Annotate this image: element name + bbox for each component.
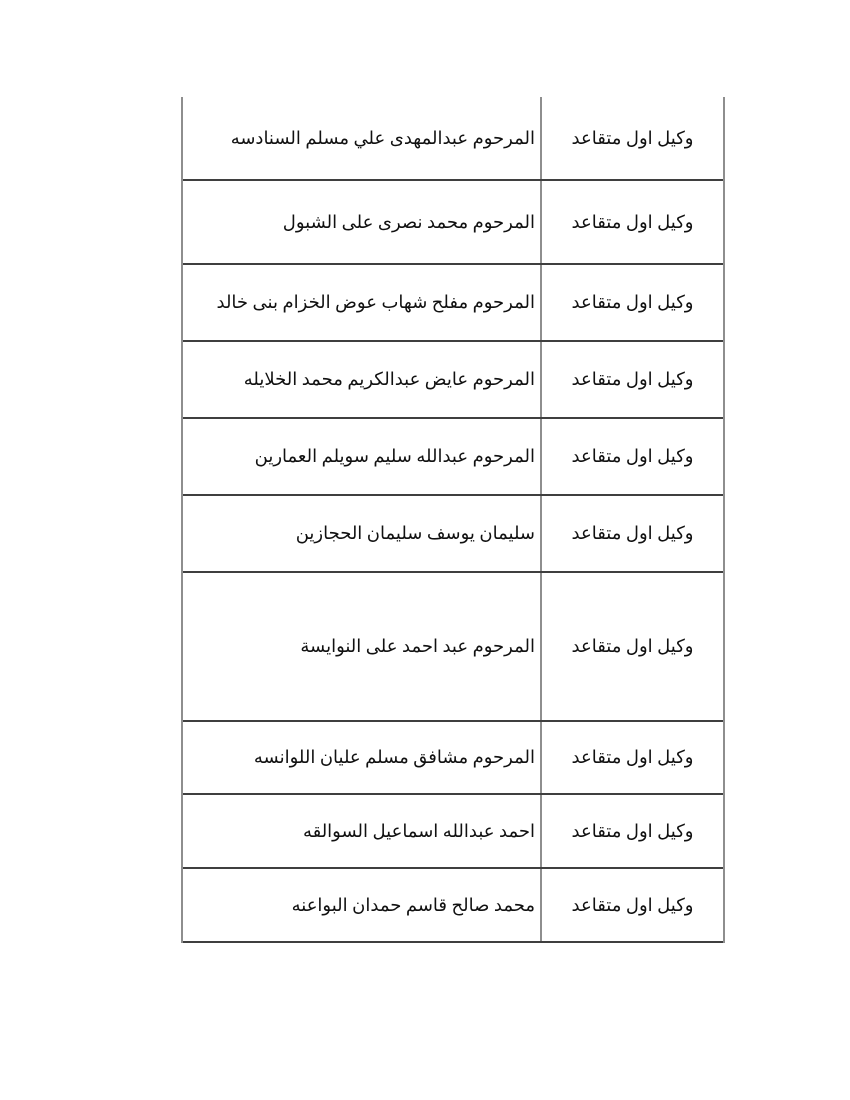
- rank-cell: وكيل اول متقاعد: [540, 181, 723, 263]
- rank-cell: وكيل اول متقاعد: [540, 722, 723, 793]
- name-cell: المرحوم محمد نصرى على الشبول: [183, 181, 540, 263]
- table-row: وكيل اول متقاعد المرحوم عايض عبدالكريم م…: [183, 342, 723, 419]
- rank-cell: وكيل اول متقاعد: [540, 342, 723, 417]
- table-row: وكيل اول متقاعد محمد صالح قاسم حمدان الب…: [183, 869, 723, 943]
- document-page: وكيل اول متقاعد المرحوم عبدالمهدى علي مس…: [0, 0, 850, 1100]
- name-cell: المرحوم عبدالله سليم سويلم العمارين: [183, 419, 540, 494]
- personnel-table: وكيل اول متقاعد المرحوم عبدالمهدى علي مس…: [181, 97, 725, 943]
- name-cell: احمد عبدالله اسماعيل السوالقه: [183, 795, 540, 867]
- rank-cell: وكيل اول متقاعد: [540, 795, 723, 867]
- table-row: وكيل اول متقاعد المرحوم عبد احمد على الن…: [183, 573, 723, 722]
- table-row: وكيل اول متقاعد احمد عبدالله اسماعيل الس…: [183, 795, 723, 869]
- rank-cell: وكيل اول متقاعد: [540, 265, 723, 340]
- name-cell: المرحوم عبد احمد على النوايسة: [183, 573, 540, 720]
- rank-cell: وكيل اول متقاعد: [540, 419, 723, 494]
- rank-cell: وكيل اول متقاعد: [540, 97, 723, 179]
- name-cell: المرحوم مفلح شهاب عوض الخزام بنى خالد: [183, 265, 540, 340]
- name-cell: المرحوم عبدالمهدى علي مسلم السنادسه: [183, 97, 540, 179]
- rank-cell: وكيل اول متقاعد: [540, 869, 723, 941]
- table-row: وكيل اول متقاعد المرحوم عبدالمهدى علي مس…: [183, 97, 723, 181]
- table-row: وكيل اول متقاعد المرحوم مفلح شهاب عوض ال…: [183, 265, 723, 342]
- name-cell: المرحوم عايض عبدالكريم محمد الخلايله: [183, 342, 540, 417]
- name-cell: المرحوم مشافق مسلم عليان اللوانسه: [183, 722, 540, 793]
- name-cell: سليمان يوسف سليمان الحجازين: [183, 496, 540, 571]
- table-row: وكيل اول متقاعد المرحوم مشافق مسلم عليان…: [183, 722, 723, 795]
- table-row: وكيل اول متقاعد المرحوم عبدالله سليم سوي…: [183, 419, 723, 496]
- rank-cell: وكيل اول متقاعد: [540, 573, 723, 720]
- table-row: وكيل اول متقاعد المرحوم محمد نصرى على ال…: [183, 181, 723, 265]
- name-cell: محمد صالح قاسم حمدان البواعنه: [183, 869, 540, 941]
- table-row: وكيل اول متقاعد سليمان يوسف سليمان الحجا…: [183, 496, 723, 573]
- rank-cell: وكيل اول متقاعد: [540, 496, 723, 571]
